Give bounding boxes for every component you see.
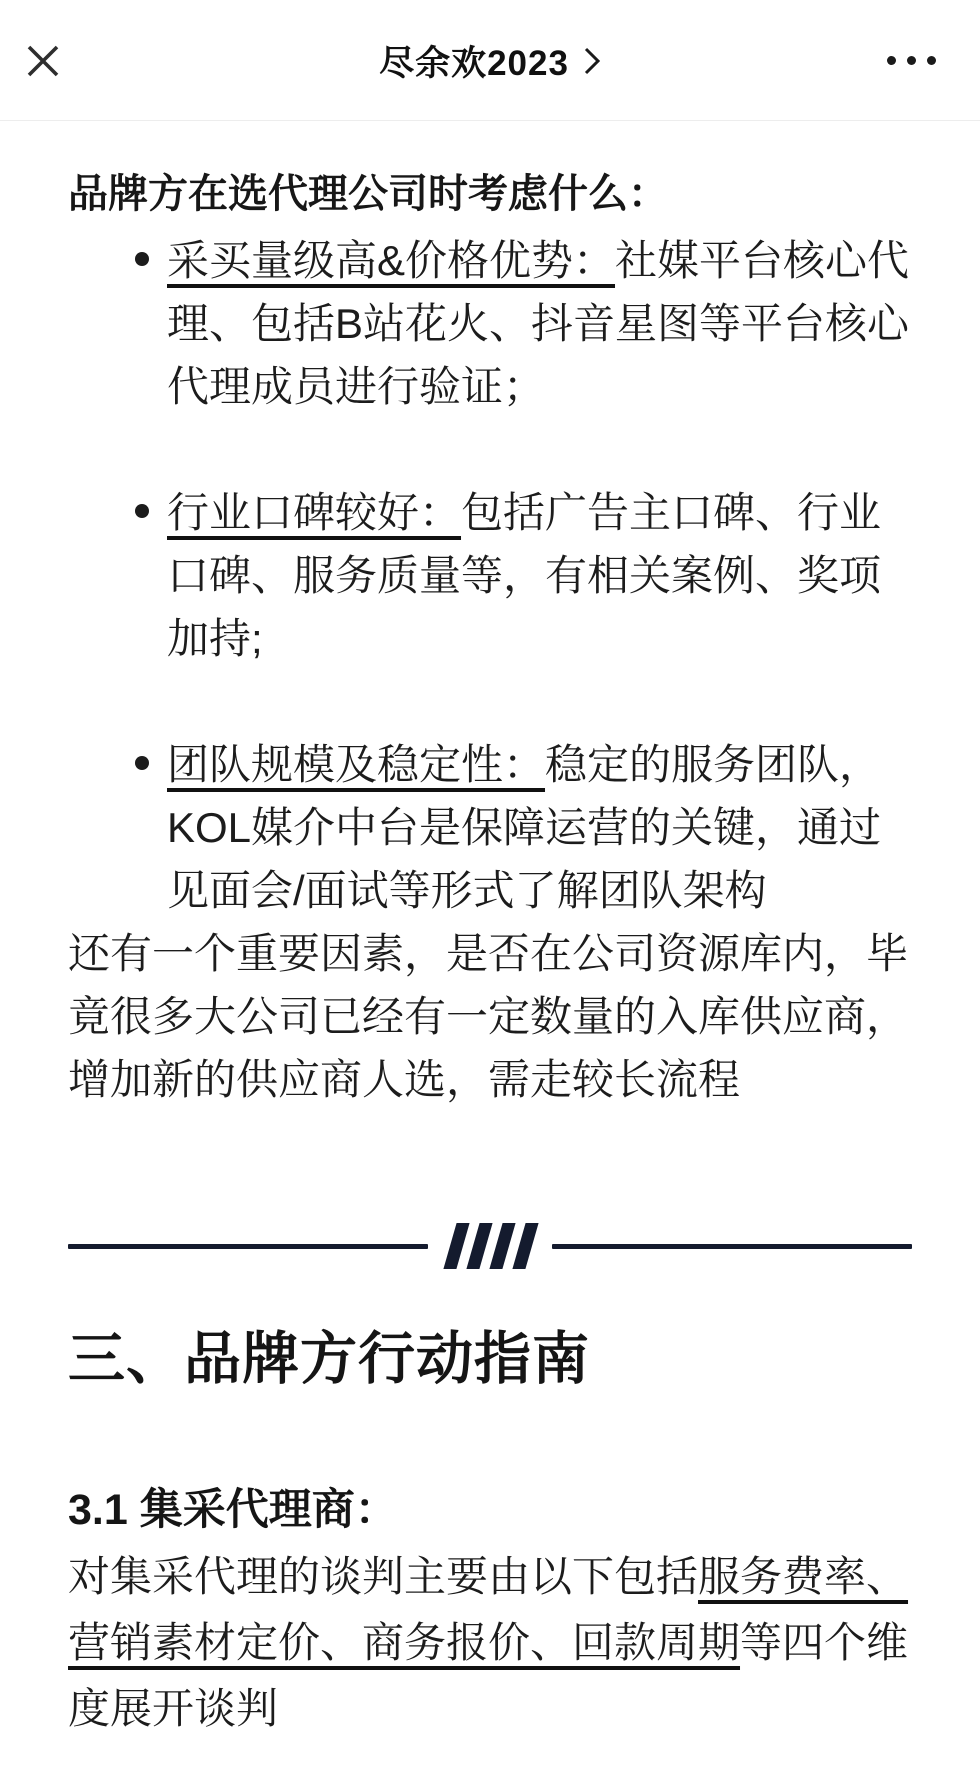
dot-icon — [907, 56, 916, 65]
dot-icon — [927, 56, 936, 65]
close-icon[interactable] — [24, 42, 62, 80]
divider-line-left — [68, 1244, 428, 1249]
section-heading: 三、品牌方行动指南 — [68, 1327, 912, 1391]
intro-heading: 品牌方在选代理公司时考虑什么： — [68, 170, 912, 218]
header: 尽余欢2023 — [0, 0, 980, 121]
list-item-text: 采买量级高&价格优势：社媒平台核心代理、包括B站花火、抖音星图等平台核心代理成员… — [167, 237, 909, 410]
list-item-team-stability: 团队规模及稳定性：稳定的服务团队，KOL媒介中台是保障运营的关键，通过见面会/面… — [167, 733, 912, 922]
bullet-dot-icon — [135, 252, 149, 266]
list-item-industry-reputation: 行业口碑较好：包括广告主口碑、行业口碑、服务质量等，有相关案例、奖项加持; — [167, 481, 912, 670]
subsection-heading: 3.1 集采代理商： — [68, 1485, 912, 1535]
divider-slashes-icon — [450, 1223, 532, 1269]
bullet-dot-icon — [135, 756, 149, 770]
list-item-purchase-advantage: 采买量级高&价格优势：社媒平台核心代理、包括B站花火、抖音星图等平台核心代理成员… — [167, 229, 912, 418]
chevron-right-icon — [583, 46, 601, 76]
dot-icon — [887, 56, 896, 65]
list-item-text: 行业口碑较好：包括广告主口碑、行业口碑、服务质量等，有相关案例、奖项加持; — [167, 489, 881, 662]
chat-title[interactable]: 尽余欢2023 — [379, 36, 601, 86]
paragraph-resource-pool: 还有一个重要因素，是否在公司资源库内，毕竟很多大公司已经有一定数量的入库供应商，… — [68, 922, 912, 1111]
divider-line-right — [552, 1244, 912, 1249]
slash-bar — [512, 1223, 538, 1269]
page-title-text: 尽余欢2023 — [379, 36, 569, 86]
paragraph-negotiation: 对集采代理的谈判主要由以下包括服务费率、营销素材定价、商务报价、回款周期等四个维… — [68, 1544, 912, 1742]
section-divider — [0, 1223, 980, 1269]
consideration-list: 采买量级高&价格优势：社媒平台核心代理、包括B站花火、抖音星图等平台核心代理成员… — [68, 229, 912, 922]
list-item-text: 团队规模及稳定性：稳定的服务团队，KOL媒介中台是保障运营的关键，通过见面会/面… — [167, 741, 881, 914]
slash-bar — [443, 1223, 469, 1269]
more-menu-button[interactable] — [887, 44, 936, 76]
slash-bar — [466, 1223, 492, 1269]
x-close-glyph — [25, 43, 61, 79]
section-three: 三、品牌方行动指南 3.1 集采代理商： 对集采代理的谈判主要由以下包括服务费率… — [0, 1327, 980, 1742]
bullet-dot-icon — [135, 504, 149, 518]
article-body: 品牌方在选代理公司时考虑什么： 采买量级高&价格优势：社媒平台核心代理、包括B站… — [0, 170, 980, 1111]
slash-bar — [489, 1223, 515, 1269]
